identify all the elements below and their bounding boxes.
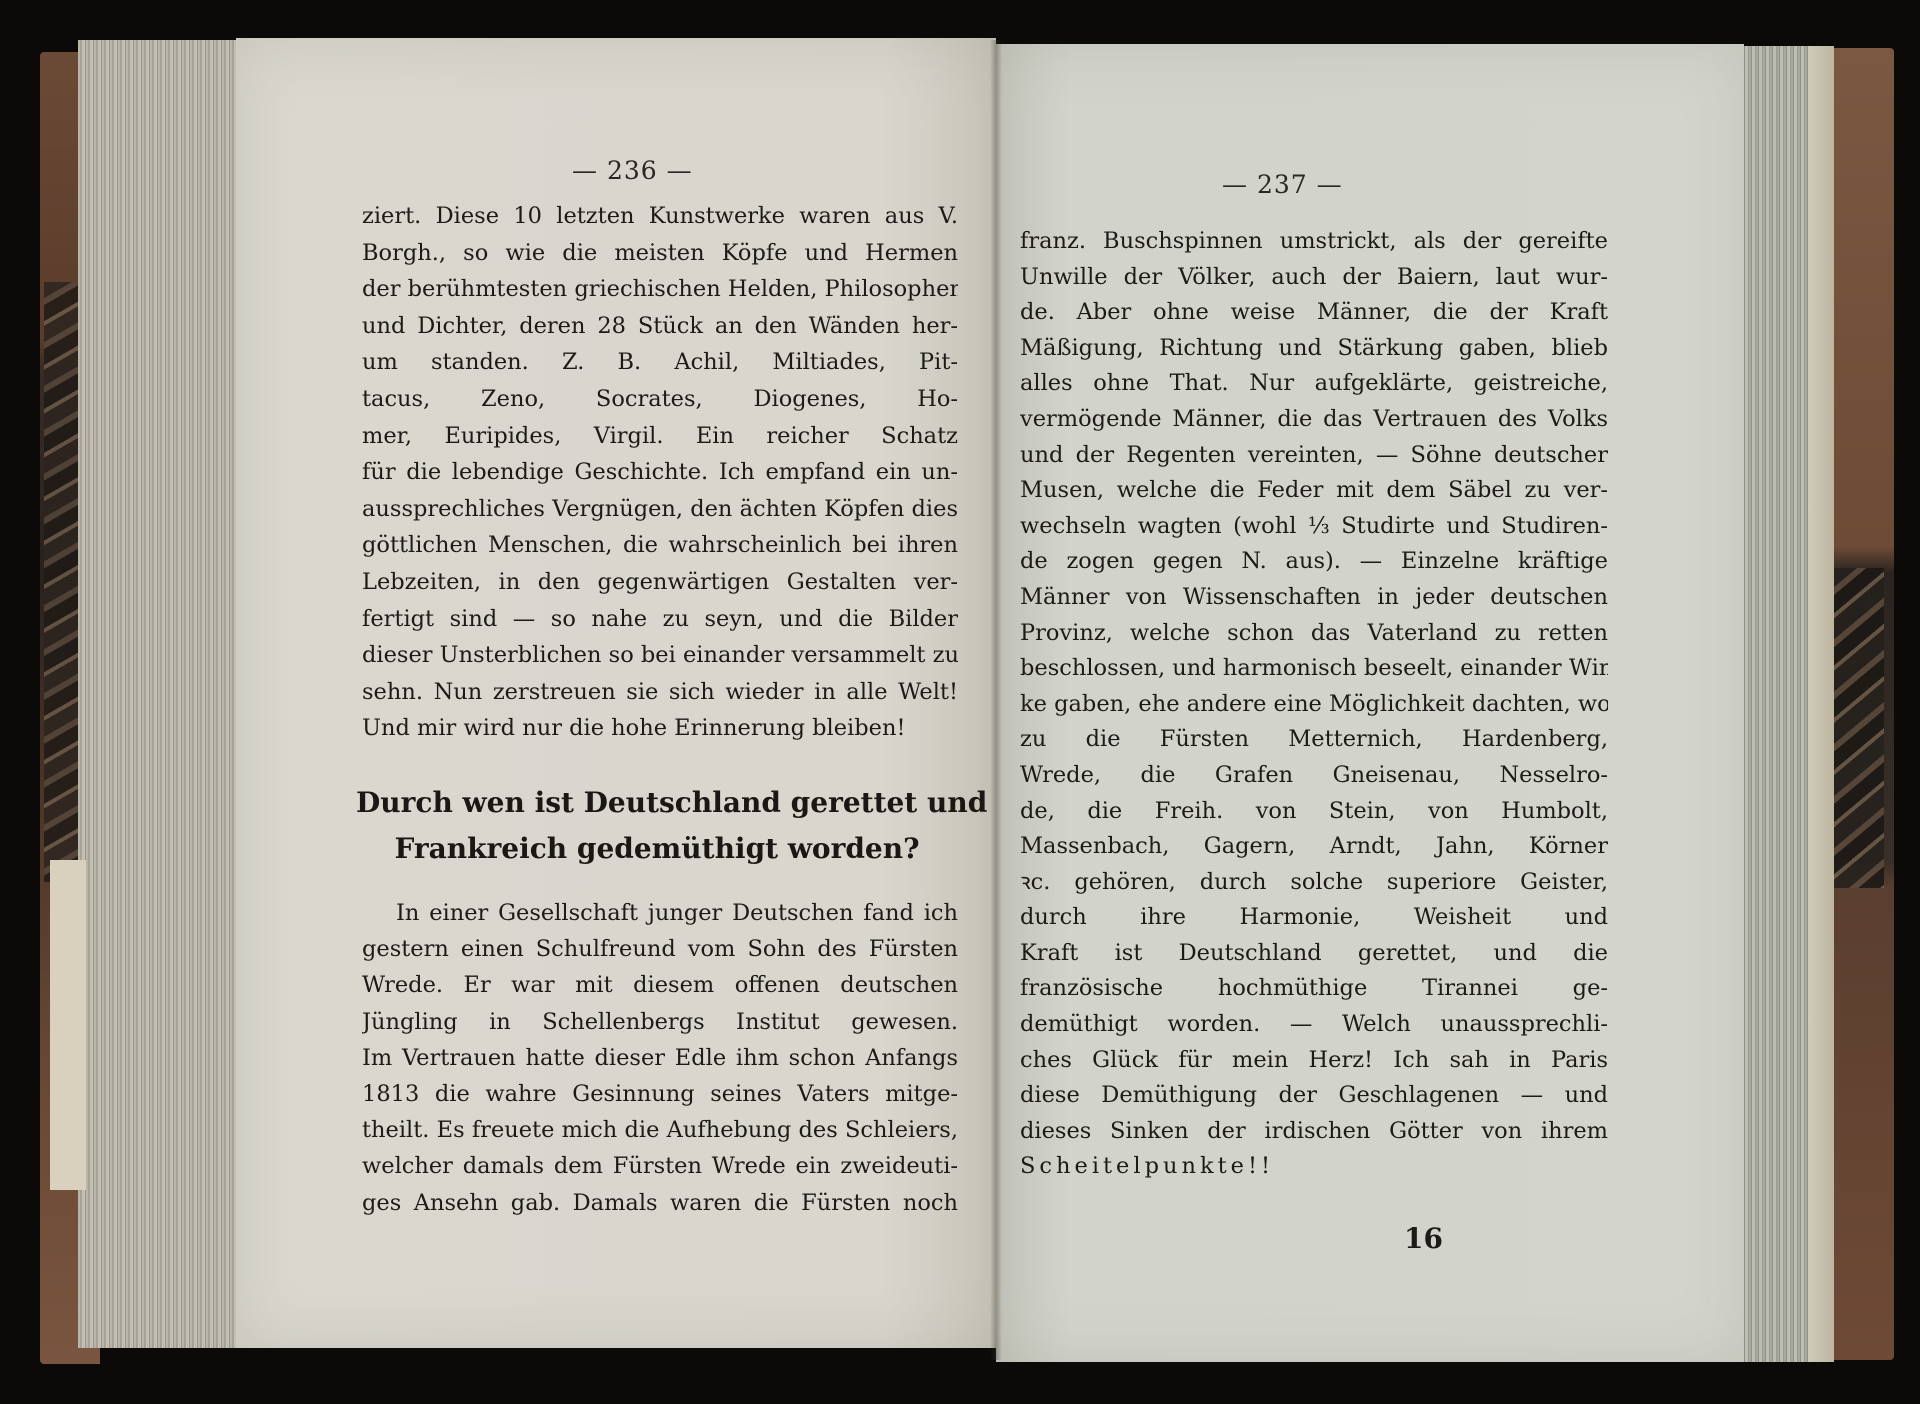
text-line: de zogen gegen N. aus). — Einzelne kräft…	[1020, 544, 1608, 580]
text-line: demüthigt worden. — Welch unaussprechli-	[1020, 1007, 1608, 1043]
text-line: Provinz, welche schon das Vaterland zu r…	[1020, 616, 1608, 652]
text-line: und Dichter, deren 28 Stück an den Wände…	[362, 308, 958, 345]
section-heading: Durch wen ist Deutschland gerettet und F…	[356, 780, 958, 872]
signature-mark: 16	[1404, 1222, 1443, 1255]
text-line: Männer von Wissenschaften in jeder deuts…	[1020, 580, 1608, 616]
flyleaf-right	[1808, 46, 1834, 1362]
right-page-text: franz. Buschspinnen umstrickt, als der g…	[1020, 224, 1608, 1185]
page-number-left: — 236 —	[572, 156, 693, 185]
text-line: zu die Fürsten Metternich, Hardenberg,	[1020, 722, 1608, 758]
text-line: welcher damals dem Fürsten Wrede ein zwe…	[362, 1148, 958, 1184]
page-edges-left	[78, 40, 238, 1348]
text-line: Jüngling in Schellenbergs Institut gewes…	[362, 1004, 958, 1040]
text-line: gestern einen Schulfreund vom Sohn des F…	[362, 931, 958, 967]
flyleaf-left	[50, 860, 86, 1190]
text-line: französische hochmüthige Tirannei ge-	[1020, 971, 1608, 1007]
text-line: Musen, welche die Feder mit dem Säbel zu…	[1020, 473, 1608, 509]
page-number-right: — 237 —	[1222, 170, 1343, 199]
text-line: Wrede. Er war mit diesem offenen deutsch…	[362, 967, 958, 1003]
text-line: Lebzeiten, in den gegenwärtigen Gestalte…	[362, 564, 958, 601]
text-line: göttlichen Menschen, die wahrscheinlich …	[362, 527, 958, 564]
text-line: Und mir wird nur die hohe Erinnerung ble…	[362, 710, 958, 747]
marbled-board-right	[1832, 568, 1884, 888]
text-line: ges Ansehn gab. Damals waren die Fürsten…	[362, 1185, 958, 1221]
text-line: Unwille der Völker, auch der Baiern, lau…	[1020, 260, 1608, 296]
text-line: beschlossen, und harmonisch beseelt, ein…	[1020, 651, 1608, 687]
text-line: aussprechliches Vergnügen, den ächten Kö…	[362, 491, 958, 528]
text-line: theilt. Es freuete mich die Aufhebung de…	[362, 1112, 958, 1148]
text-line: ꝛc. gehören, durch solche superiore Geis…	[1020, 865, 1608, 901]
text-line: Scheitelpunkte!!	[1020, 1149, 1608, 1185]
text-line: dieser Unsterblichen so bei einander ver…	[362, 637, 958, 674]
text-line: der berühmtesten griechischen Helden, Ph…	[362, 271, 958, 308]
text-line: 1813 die wahre Gesinnung seines Vaters m…	[362, 1076, 958, 1112]
text-line: Wrede, die Grafen Gneisenau, Nesselro-	[1020, 758, 1608, 794]
left-page-text-top: ziert. Diese 10 letzten Kunstwerke waren…	[362, 198, 958, 747]
page-edges-right	[1742, 46, 1834, 1362]
text-line: diese Demüthigung der Geschlagenen — und	[1020, 1078, 1608, 1114]
text-line: Borgh., so wie die meisten Köpfe und Her…	[362, 235, 958, 272]
text-line: franz. Buschspinnen umstrickt, als der g…	[1020, 224, 1608, 260]
text-line: und der Regenten vereinten, — Söhne deut…	[1020, 438, 1608, 474]
text-line: sehn. Nun zerstreuen sie sich wieder in …	[362, 674, 958, 711]
text-line: In einer Gesellschaft junger Deutschen f…	[362, 895, 958, 931]
text-line: de. Aber ohne weise Männer, die der Kraf…	[1020, 295, 1608, 331]
text-line: Kraft ist Deutschland gerettet, und die	[1020, 936, 1608, 972]
text-line: tacus, Zeno, Socrates, Diogenes, Ho-	[362, 381, 958, 418]
text-line: vermögende Männer, die das Vertrauen des…	[1020, 402, 1608, 438]
book-cover-right	[1826, 48, 1894, 1360]
text-line: Massenbach, Gagern, Arndt, Jahn, Körner	[1020, 829, 1608, 865]
text-line: fertigt sind — so nahe zu seyn, und die …	[362, 601, 958, 638]
text-line: ke gaben, ehe andere eine Möglichkeit da…	[1020, 687, 1608, 723]
text-line: mer, Euripides, Virgil. Ein reicher Scha…	[362, 418, 958, 455]
text-line: alles ohne That. Nur aufgeklärte, geistr…	[1020, 366, 1608, 402]
text-line: durch ihre Harmonie, Weisheit und	[1020, 900, 1608, 936]
left-page-text-bottom: In einer Gesellschaft junger Deutschen f…	[362, 895, 958, 1221]
text-line: wechseln wagten (wohl ⅓ Studirte und Stu…	[1020, 509, 1608, 545]
heading-line-2: Frankreich gedemüthigt worden?	[356, 826, 958, 872]
text-line: Mäßigung, Richtung und Stärkung gaben, b…	[1020, 331, 1608, 367]
text-line: dieses Sinken der irdischen Götter von i…	[1020, 1114, 1608, 1150]
text-line: ches Glück für mein Herz! Ich sah in Par…	[1020, 1043, 1608, 1079]
text-line: ziert. Diese 10 letzten Kunstwerke waren…	[362, 198, 958, 235]
text-line: Im Vertrauen hatte dieser Edle ihm schon…	[362, 1040, 958, 1076]
text-line: de, die Freih. von Stein, von Humbolt,	[1020, 794, 1608, 830]
gutter-fold	[990, 40, 1002, 1360]
text-line: für die lebendige Geschichte. Ich empfan…	[362, 454, 958, 491]
heading-line-1: Durch wen ist Deutschland gerettet und	[356, 780, 958, 826]
text-line: um standen. Z. B. Achil, Miltiades, Pit-	[362, 344, 958, 381]
